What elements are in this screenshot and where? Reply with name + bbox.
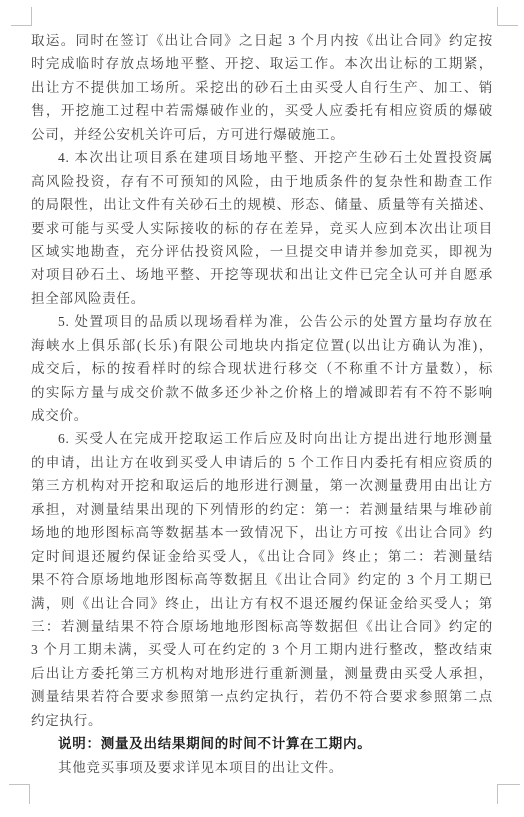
text-line: 时完成临时存放点场地平整、开挖、取运工作。本次出让标的工期紧，: [31, 52, 493, 75]
text-line: 取运。同时在签订《出让合同》之日起 3 个月内按《出让合同》约定按: [31, 29, 493, 52]
text-line: 5. 处置项目的品质以现场看样为准，公告公示的处置方量均存放在: [31, 310, 493, 333]
text-line: 三：若测量结果不符合原场地地形图标高等数据但《出让合同》约定的: [31, 615, 493, 638]
text-line: 测量结果若符合要求参照第一点约定执行，若仍不符合要求参照第二点: [31, 685, 493, 708]
crop-mark-bottom-left: [9, 784, 30, 804]
text-line: 场地的地形图标高等数据基本一致情况下，出让方可按《出让合同》约: [31, 521, 493, 544]
text-line: 要求可能与买受人实际接收的标的存在差异，竞买人应到本次出让项目: [31, 217, 493, 240]
text-line: 果不符合原场地地形图标高等数据且《出让合同》约定的 3 个月工期已: [31, 568, 493, 591]
text-line: 4. 本次出让项目系在建项目场地平整、开挖产生砂石土处置投资属: [31, 146, 493, 169]
text-block: 取运。同时在签订《出让合同》之日起 3 个月内按《出让合同》约定按时完成临时存放…: [31, 29, 493, 779]
text-line: 3 个月工期未满，买受人可在约定的 3 个月工期内进行整改，整改结束: [31, 638, 493, 661]
text-line: 海峡水上俱乐部(长乐)有限公司地块内指定位置(以出让方确认为准)，: [31, 334, 493, 357]
text-line: 成交后，标的按看样时的综合现状进行移交（不称重不计方量数），标: [31, 357, 493, 380]
text-line: 的局限性，出让文件有关砂石土的规模、形态、储量、质量等有关描述、: [31, 193, 493, 216]
text-line: 对项目砂石土、场地平整、开挖等现状和出让文件已完全认可并自愿承: [31, 263, 493, 286]
text-line: 说明：测量及出结果期间的时间不计算在工期内。: [31, 732, 493, 755]
text-line: 承担，对测量结果出现的下列情形的约定：第一：若测量结果与堆砂前: [31, 498, 493, 521]
text-line: 的申请，出让方在收到买受人申请后的 5 个工作日内委托有相应资质的: [31, 451, 493, 474]
crop-mark-top-left: [11, 7, 32, 26]
text-line: 定时间退还履约保证金给买受人，《出让合同》终止；第二：若测量结: [31, 545, 493, 568]
text-line: 其他竞买事项及要求详见本项目的出让文件。: [31, 756, 493, 779]
text-line: 的实际方量与成交价款不做多还少补之价格上的增减即若有不符不影响: [31, 381, 493, 404]
text-line: 担全部风险责任。: [31, 287, 493, 310]
document-page: 取运。同时在签订《出让合同》之日起 3 个月内按《出让合同》约定按时完成临时存放…: [0, 0, 524, 817]
text-line: 成交价。: [31, 404, 493, 427]
text-line: 公司，并经公安机关许可后，方可进行爆破施工。: [31, 123, 493, 146]
text-line: 高风险投资，存有不可预知的风险，由于地质条件的复杂性和勘查工作: [31, 170, 493, 193]
text-line: 满，则《出让合同》终止，出让方有权不退还履约保证金给买受人；第: [31, 592, 493, 615]
crop-mark-bottom-right: [497, 784, 520, 804]
crop-mark-top-right: [497, 7, 518, 26]
text-line: 6. 买受人在完成开挖取运工作后应及时向出让方提出进行地形测量: [31, 427, 493, 450]
text-line: 第三方机构对开挖和取运后的地形进行测量，第一次测量费用由出让方: [31, 474, 493, 497]
text-line: 约定执行。: [31, 709, 493, 732]
text-line: 区域实地勘查，充分评估投资风险，一旦提交申请并参加竞买，即视为: [31, 240, 493, 263]
text-line: 后出让方委托第三方机构对地形进行重新测量，测量费由买受人承担，: [31, 662, 493, 685]
text-line: 售，开挖施工过程中若需爆破作业的，买受人应委托有相应资质的爆破: [31, 99, 493, 122]
text-line: 出让方不提供加工场所。采挖出的砂石土由买受人自行生产、加工、销: [31, 76, 493, 99]
